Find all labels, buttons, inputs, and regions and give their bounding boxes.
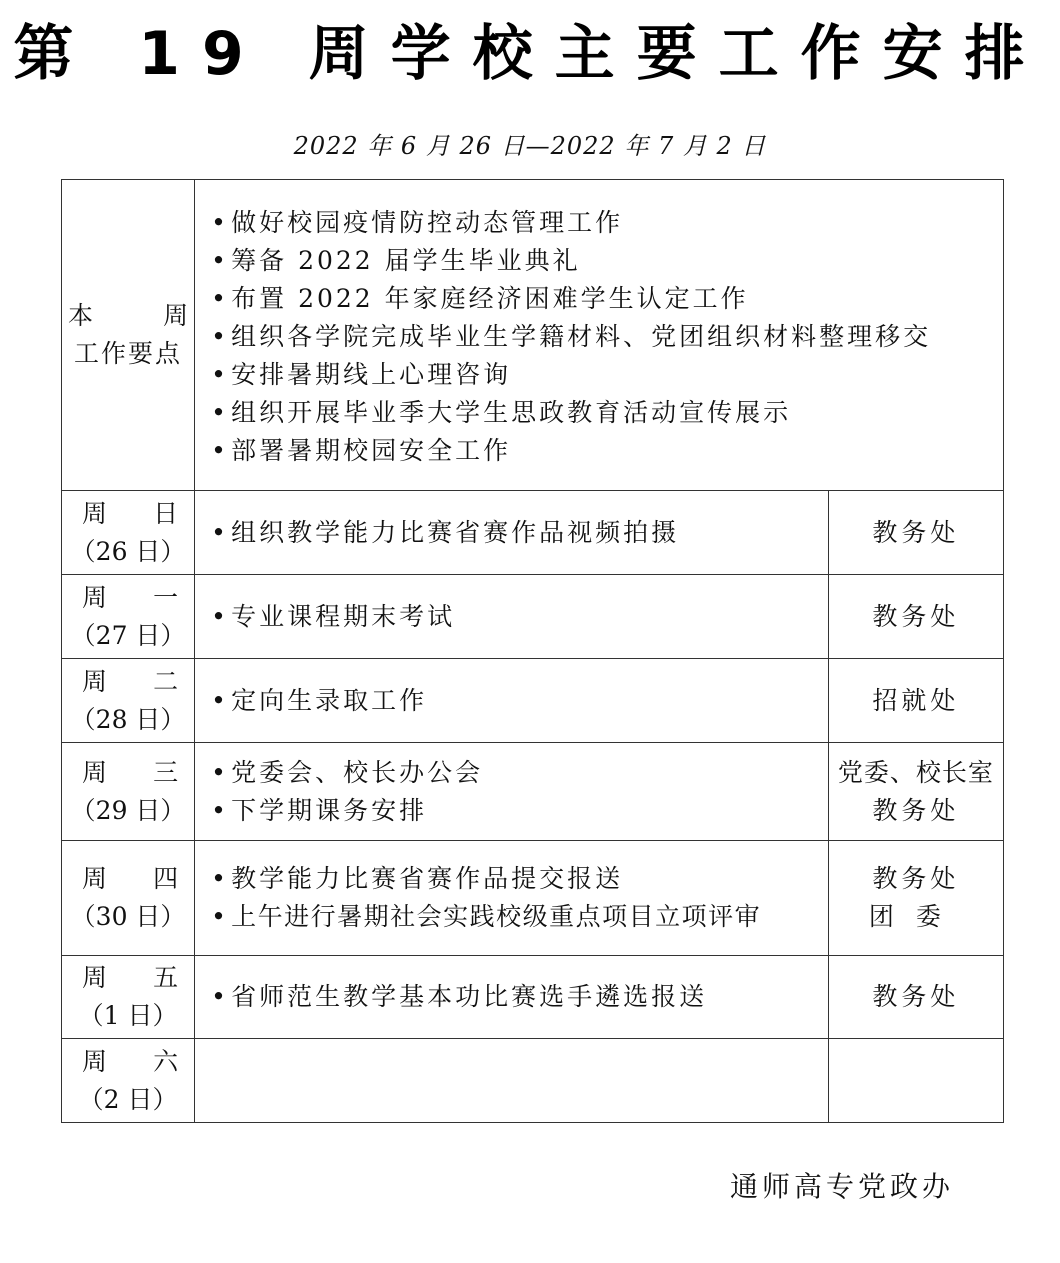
bullet-icon: • — [211, 318, 231, 356]
day-items — [195, 1039, 829, 1123]
day-items: •专业课程期末考试 — [195, 575, 829, 659]
document-title: 第 19 周学校主要工作安排 — [0, 14, 1060, 94]
summary-item: •组织开展毕业季大学生思政教育活动宣传展示 — [211, 394, 1003, 432]
summary-label-left: 本 — [68, 297, 93, 335]
summary-item: •布置 2022 年家庭经济困难学生认定工作 — [211, 280, 1003, 318]
issuer-signature: 通师高专党政办 — [730, 1167, 954, 1207]
bullet-icon: • — [211, 598, 231, 636]
day-row-sunday: 周日 （26 日） •组织教学能力比赛省赛作品视频拍摄 教务处 — [62, 491, 1004, 575]
summary-label-line2: 工作要点 — [74, 335, 182, 373]
task-item: •省师范生教学基本功比赛选手遴选报送 — [211, 978, 828, 1016]
dept-cell: 招就处 — [828, 659, 1003, 743]
summary-item: •组织各学院完成毕业生学籍材料、党团组织材料整理移交 — [211, 318, 1003, 356]
day-row-friday: 周五 （1 日） •省师范生教学基本功比赛选手遴选报送 教务处 — [62, 956, 1004, 1039]
bullet-icon: • — [211, 682, 231, 720]
bullet-icon: • — [211, 978, 231, 1016]
task-item: •教学能力比赛省赛作品提交报送 — [211, 860, 828, 898]
bullet-icon: • — [211, 432, 231, 470]
day-label: 周五 （1 日） — [62, 956, 195, 1039]
task-item: •定向生录取工作 — [211, 682, 828, 720]
bullet-icon: • — [211, 754, 231, 792]
day-row-saturday: 周六 （2 日） — [62, 1039, 1004, 1123]
day-label: 周三 （29 日） — [62, 743, 195, 841]
day-row-tuesday: 周二 （28 日） •定向生录取工作 招就处 — [62, 659, 1004, 743]
bullet-icon: • — [211, 280, 231, 318]
summary-item: •做好校园疫情防控动态管理工作 — [211, 204, 1003, 242]
bullet-icon: • — [211, 898, 231, 936]
day-row-thursday: 周四 （30 日） •教学能力比赛省赛作品提交报送 •上午进行暑期社会实践校级重… — [62, 841, 1004, 956]
date-range: 2022 年 6 月 26 日—2022 年 7 月 2 日 — [0, 128, 1060, 164]
summary-label: 本 周 工作要点 — [62, 180, 195, 491]
dept-cell: 党委、校长室 教务处 — [828, 743, 1003, 841]
bullet-icon: • — [211, 792, 231, 830]
bullet-icon: • — [211, 860, 231, 898]
bullet-icon: • — [211, 514, 231, 552]
day-items: •党委会、校长办公会 •下学期课务安排 — [195, 743, 829, 841]
day-items: •教学能力比赛省赛作品提交报送 •上午进行暑期社会实践校级重点项目立项评审 — [195, 841, 829, 956]
day-items: •定向生录取工作 — [195, 659, 829, 743]
dept-cell: 教务处 — [828, 491, 1003, 575]
summary-item: •部署暑期校园安全工作 — [211, 432, 1003, 470]
summary-row: 本 周 工作要点 •做好校园疫情防控动态管理工作 •筹备 2022 届学生毕业典… — [62, 180, 1004, 491]
task-item: •组织教学能力比赛省赛作品视频拍摄 — [211, 514, 828, 552]
task-item: •党委会、校长办公会 — [211, 754, 828, 792]
dept-cell — [828, 1039, 1003, 1123]
summary-label-right: 周 — [163, 297, 188, 335]
day-label: 周六 （2 日） — [62, 1039, 195, 1123]
bullet-icon: • — [211, 394, 231, 432]
task-item: •上午进行暑期社会实践校级重点项目立项评审 — [211, 898, 828, 936]
dept-cell: 教务处 — [828, 575, 1003, 659]
bullet-icon: • — [211, 204, 231, 242]
summary-item: •安排暑期线上心理咨询 — [211, 356, 1003, 394]
day-items: •组织教学能力比赛省赛作品视频拍摄 — [195, 491, 829, 575]
day-items: •省师范生教学基本功比赛选手遴选报送 — [195, 956, 829, 1039]
dept-cell: 教务处 团委 — [828, 841, 1003, 956]
bullet-icon: • — [211, 356, 231, 394]
summary-items: •做好校园疫情防控动态管理工作 •筹备 2022 届学生毕业典礼 •布置 202… — [195, 180, 1004, 491]
dept-cell: 教务处 — [828, 956, 1003, 1039]
day-label: 周二 （28 日） — [62, 659, 195, 743]
day-row-monday: 周一 （27 日） •专业课程期末考试 教务处 — [62, 575, 1004, 659]
task-item: •下学期课务安排 — [211, 792, 828, 830]
schedule-table: 本 周 工作要点 •做好校园疫情防控动态管理工作 •筹备 2022 届学生毕业典… — [61, 179, 1004, 1123]
summary-item: •筹备 2022 届学生毕业典礼 — [211, 242, 1003, 280]
day-label: 周四 （30 日） — [62, 841, 195, 956]
day-label: 周一 （27 日） — [62, 575, 195, 659]
task-item: •专业课程期末考试 — [211, 598, 828, 636]
day-label: 周日 （26 日） — [62, 491, 195, 575]
day-row-wednesday: 周三 （29 日） •党委会、校长办公会 •下学期课务安排 党委、校长室 教务处 — [62, 743, 1004, 841]
bullet-icon: • — [211, 242, 231, 280]
